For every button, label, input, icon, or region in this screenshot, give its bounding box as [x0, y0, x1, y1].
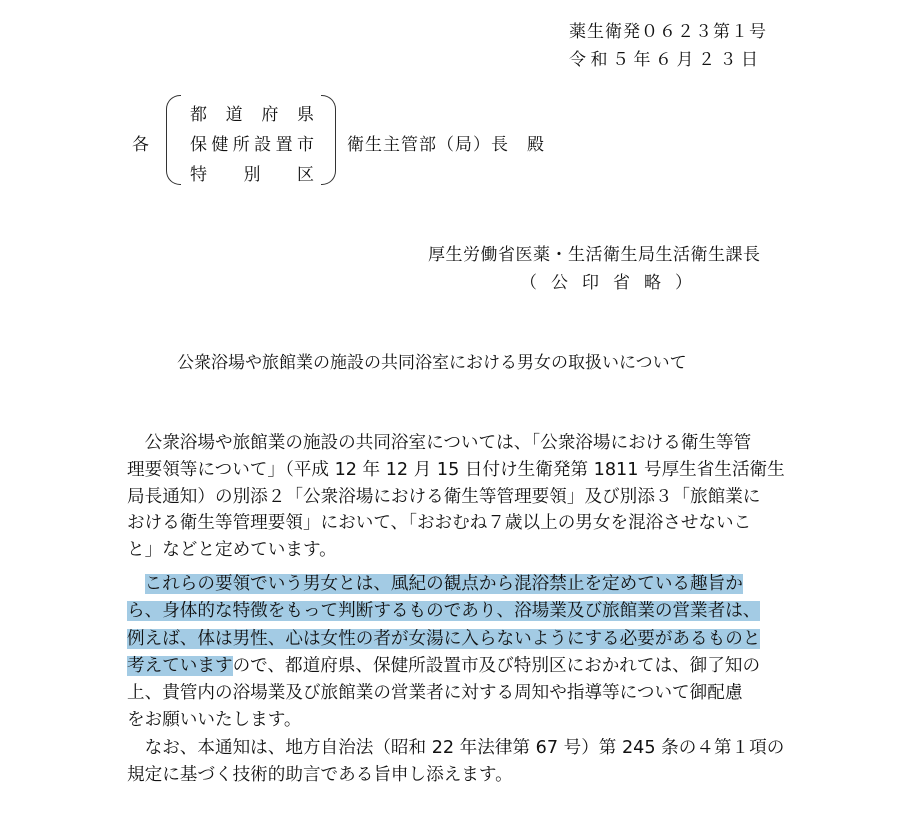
addressee: 衛生主管部（局）長 殿 [347, 130, 545, 155]
recipient-char: 都 [190, 100, 207, 125]
highlighted-selection[interactable]: ら、身体的な特徴をもって判断するものであり、浴場業及び旅館業の営業者は、 [127, 601, 760, 621]
left-bracket [166, 95, 181, 185]
highlighted-selection[interactable]: 考えています [127, 656, 233, 676]
body-text [127, 574, 145, 594]
body-line[interactable]: をお願いいたします。 [127, 709, 302, 731]
recipient-char: 府 [261, 100, 278, 125]
recipient-line-3: 特別区 [190, 160, 314, 185]
body-line[interactable]: ら、身体的な特徴をもって判断するものであり、浴場業及び旅館業の営業者は、 [127, 600, 760, 622]
body-text: 理要領等について」（平成 12 年 12 月 15 日付け生衛発第 1811 号… [127, 460, 785, 480]
document-title: 公衆浴場や旅館業の施設の共同浴室における男女の取扱いについて [177, 348, 687, 373]
recipient-char: 健 [211, 130, 228, 155]
body-line[interactable]: 考えていますので、都道府県、保健所設置市及び特別区におかれては、御了知の [127, 655, 760, 677]
recipient-char: 区 [297, 160, 314, 185]
document-date: 令和５年６月２３日 [569, 45, 763, 70]
sender-name: 厚生労働省医薬・生活衛生局生活衛生課長 [428, 240, 761, 265]
recipient-char: 別 [244, 160, 261, 185]
body-text: 局長通知）の別添２「公衆浴場における衛生等管理要領」及び別添３「旅館業に [127, 487, 760, 507]
body-line[interactable]: と」などと定めています。 [127, 539, 337, 561]
body-line[interactable]: 規定に基づく技術的助言である旨申し添えます。 [127, 764, 513, 786]
recipient-char: 県 [297, 100, 314, 125]
recipient-char: 保 [190, 130, 207, 155]
body-line[interactable]: 理要領等について」（平成 12 年 12 月 15 日付け生衛発第 1811 号… [127, 459, 785, 481]
recipient-line-1: 都道府県 [190, 100, 314, 125]
body-text: 規定に基づく技術的助言である旨申し添えます。 [127, 765, 513, 785]
recipient-char: 道 [226, 100, 243, 125]
body-line[interactable]: 上、貴管内の浴場業及び旅館業の営業者に対する周知や指導等について御配慮 [127, 682, 742, 704]
body-line[interactable]: 例えば、体は男性、心は女性の者が女湯に入らないようにする必要があるものと [127, 628, 760, 650]
body-line[interactable]: なお、本通知は、地方自治法（昭和 22 年法律第 67 号）第 245 条の４第… [127, 737, 784, 759]
body-text: なお、本通知は、地方自治法（昭和 22 年法律第 67 号）第 245 条の４第… [127, 738, 784, 758]
recipient-char: 置 [276, 130, 293, 155]
recipient-char: 特 [190, 160, 207, 185]
body-text: 上、貴管内の浴場業及び旅館業の営業者に対する周知や指導等について御配慮 [127, 683, 742, 703]
body-text: ので、都道府県、保健所設置市及び特別区におかれては、御了知の [233, 656, 760, 676]
recipient-prefix: 各 [132, 130, 149, 155]
body-line[interactable]: おける衛生等管理要領」において、「おおむね７歳以上の男女を混浴させないこ [127, 512, 751, 534]
seal-omitted-note: （公印省略） [520, 268, 706, 293]
body-line[interactable]: 公衆浴場や旅館業の施設の共同浴室については、「公衆浴場における衛生等管 [127, 432, 751, 454]
recipient-char: 設 [254, 130, 271, 155]
body-text: と」などと定めています。 [127, 540, 337, 560]
body-text: おける衛生等管理要領」において、「おおむね７歳以上の男女を混浴させないこ [127, 513, 751, 533]
recipient-line-2: 保健所設置市 [190, 130, 314, 155]
highlighted-selection[interactable]: これらの要領でいう男女とは、風紀の観点から混浴禁止を定めている趣旨か [145, 574, 743, 594]
recipient-char: 所 [233, 130, 250, 155]
body-text: をお願いいたします。 [127, 710, 302, 730]
document-number: 薬生衛発０６２３第１号 [569, 17, 767, 42]
recipient-char: 市 [297, 130, 314, 155]
highlighted-selection[interactable]: 例えば、体は男性、心は女性の者が女湯に入らないようにする必要があるものと [127, 629, 760, 649]
body-text: 公衆浴場や旅館業の施設の共同浴室については、「公衆浴場における衛生等管 [127, 433, 751, 453]
body-line[interactable]: 局長通知）の別添２「公衆浴場における衛生等管理要領」及び別添３「旅館業に [127, 486, 760, 508]
right-bracket [321, 95, 336, 185]
body-line[interactable]: これらの要領でいう男女とは、風紀の観点から混浴禁止を定めている趣旨か [127, 573, 743, 595]
